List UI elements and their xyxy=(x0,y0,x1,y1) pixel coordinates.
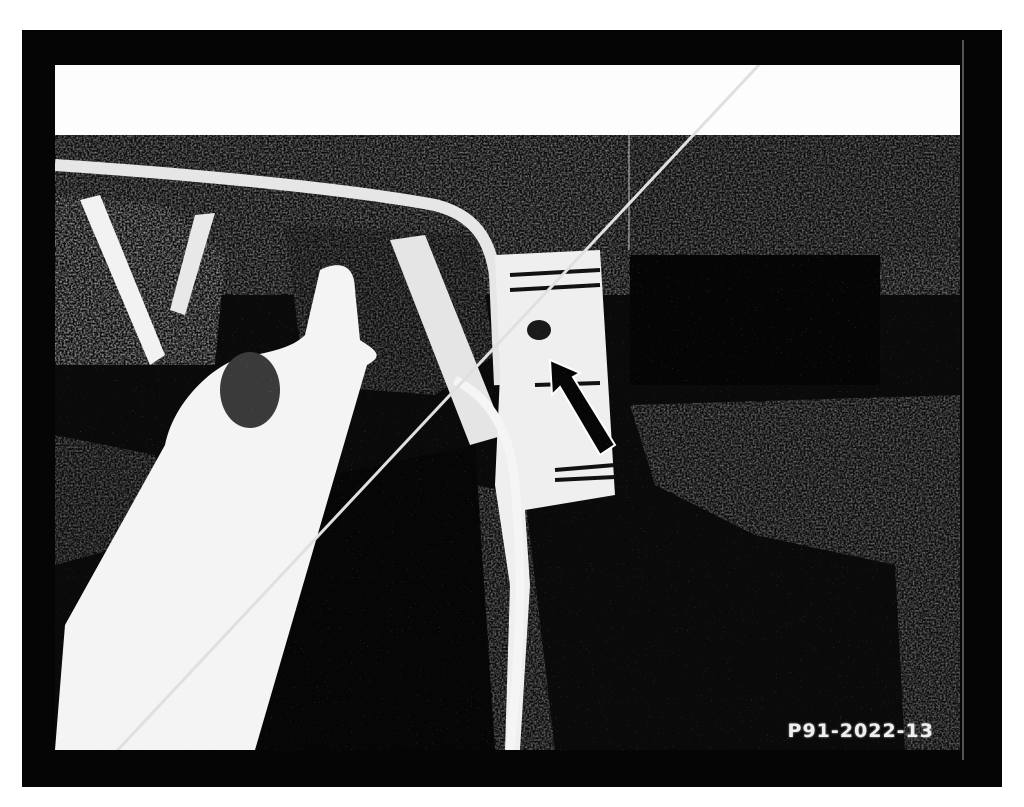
scan-speckle xyxy=(55,135,960,750)
photograph: P91-2022-13 xyxy=(55,65,960,750)
photo-label: P91-2022-13 xyxy=(788,720,934,742)
top-white-band xyxy=(55,65,960,135)
photo-scene xyxy=(55,65,960,750)
scan-streak xyxy=(628,130,630,250)
scan-streak xyxy=(962,40,964,760)
